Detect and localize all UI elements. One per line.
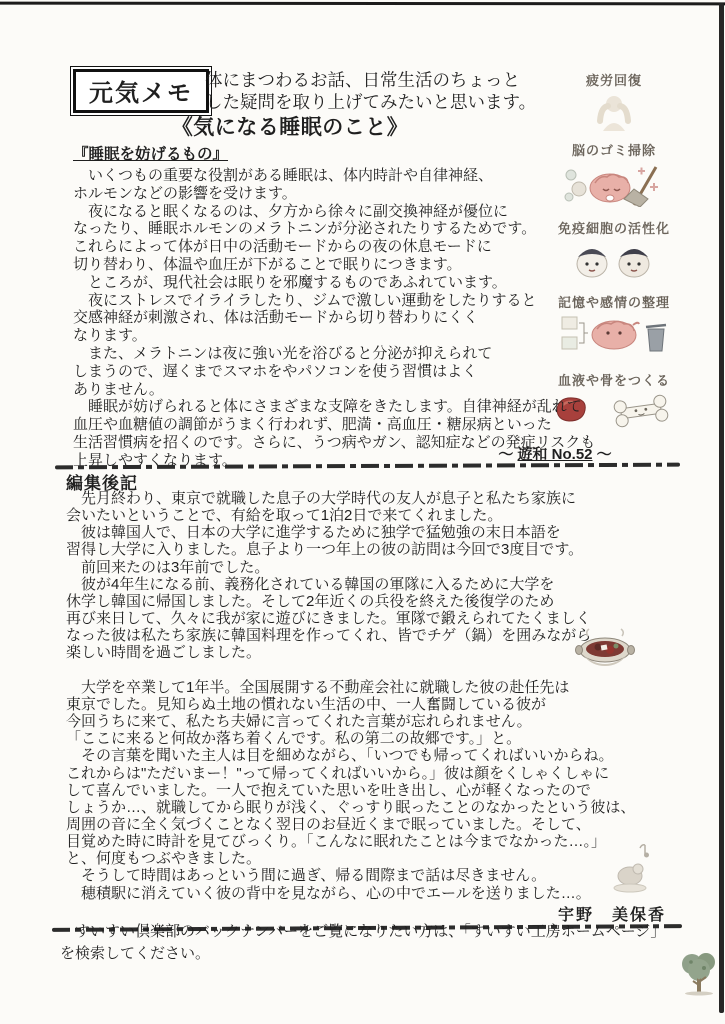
text-line: しまうので、遅くまでスマホをやパソコンを使う習慣はよく: [73, 363, 595, 381]
text-line: ありません。: [73, 381, 595, 399]
text-line: ところが、現代社会は眠りを邪魔するものであふれています。: [73, 274, 595, 292]
text-line: 目覚めた時に時計を見てびっくり。「こんなに眠れたことは今までなかった…。」: [66, 833, 635, 850]
scan-edge-top: [0, 2, 725, 6]
text-line: 楽しい時間を過ごしました。: [66, 644, 635, 661]
text-line: 会いたいということで、有給を取って1泊2日で来てくれました。: [66, 507, 635, 524]
text-line: いくつもの重要な役割がある睡眠は、体内時計や自律神経、: [73, 167, 595, 185]
text-line: 前回来たのは3年前でした。: [66, 559, 635, 576]
text-line: して喜んでいました。一人で抱えていた思いを吐き出し、心が軽くなったので: [66, 782, 635, 799]
text-line: 「ここに来ると何故か落ち着くんです。私の第二の故郷です。」と。: [66, 730, 635, 747]
text-line: その言葉を聞いた主人は目を細めながら、「いつでも帰ってくればいいからね。: [66, 747, 635, 764]
sleep-article: 『睡眠を妨げるもの』 いくつもの重要な役割がある睡眠は、体内時計や自律神経、ホル…: [73, 142, 595, 470]
text-line: 習得し大学に入りました。息子より一つ年上の彼の訪問は今回で3度目です。: [66, 541, 635, 558]
text-line: 休学し韓国に帰国しました。そして2年近くの兵役を終えた後復学のため: [66, 593, 635, 610]
bird-with-note-icon: [610, 842, 654, 901]
intro-line-1: 体にまつわるお話、日常生活のちょっと: [205, 69, 536, 91]
issue-number: 遊和 No.52: [517, 446, 592, 463]
text-line: [66, 662, 635, 679]
text-line: しょうか…、就職してから眠りが浅く、ぐっすり眠ったことのなかったという彼は、: [66, 799, 635, 816]
text-line: また、メラトニンは夜に強い光を浴びると分泌が抑えられて: [73, 345, 595, 363]
text-line: 交感神経が刺激され、体は活動モードから切り替わりにくく: [73, 309, 595, 327]
footer-line-1: すいすい倶楽部のバックナンバーをご覧になりたい方は、「すいすい工房ホームページ」: [60, 921, 665, 943]
text-line: 大学を卒業して1年半。全国展開する不動産会社に就職した彼の赴任先は: [66, 679, 635, 696]
intro-line-2: した疑問を取り上げてみたいと思います。: [205, 91, 536, 113]
tree-icon: [679, 948, 719, 1001]
hotpot-icon: [574, 628, 636, 681]
fatigue-recovery-icon: [523, 91, 705, 136]
text-line: 再び来日して、久々に我が家に遊びにきました。軍隊で鍛えられてたくましく: [66, 610, 635, 627]
issue-label: ～ 遊和 No.52 ～: [430, 443, 680, 464]
text-line: 先月終わり、東京で就職した息子の大学時代の友人が息子と私たち家族に: [66, 490, 635, 507]
issue-prefix: ～: [498, 446, 517, 463]
text-line: これらによって体が日中の活動モードからの夜の休息モードに: [73, 238, 595, 256]
text-line: ホルモンなどの影響を受けます。: [73, 185, 595, 203]
text-line: と、何度もつぶやきました。: [66, 850, 635, 867]
text-line: なったり、睡眠ホルモンのメラトニンが分泌されたりするためです。: [73, 220, 595, 238]
postscript-body: 先月終わり、東京で就職した息子の大学時代の友人が息子と私たち家族に会いたいという…: [66, 490, 635, 902]
text-line: 穂積駅に消えていく彼の背中を見ながら、心の中でエールを送りました…。: [66, 885, 635, 902]
memo-title: 元気メモ: [73, 69, 209, 113]
text-line: なった彼は私たち家族に韓国料理を作ってくれ、皆でチゲ（鍋）を囲みながら: [66, 627, 635, 644]
issue-suffix: ～: [593, 446, 612, 463]
intro-text: 体にまつわるお話、日常生活のちょっと した疑問を取り上げてみたいと思います。: [205, 69, 536, 113]
benefit-fatigue-recovery: 疲労回復: [523, 70, 705, 136]
article-heading: 《気になる睡眠のこと》: [60, 111, 520, 141]
article-body: いくつもの重要な役割がある睡眠は、体内時計や自律神経、ホルモンなどの影響を受けま…: [73, 167, 595, 470]
text-line: なります。: [73, 327, 595, 345]
newsletter-page: 元気メモ 体にまつわるお話、日常生活のちょっと した疑問を取り上げてみたいと思い…: [0, 0, 725, 1024]
text-line: 今回うちに来て、私たち夫婦に言ってくれた言葉が忘れられません。: [66, 713, 635, 730]
text-line: 切り替わり、体温や血圧が下がることで眠りにつきます。: [73, 256, 595, 274]
text-line: 彼は韓国人で、日本の大学に進学するために独学で猛勉強の末日本語を: [66, 524, 635, 541]
benefit-label: 疲労回復: [523, 70, 705, 89]
footer-line-2: を検索してください。: [60, 943, 665, 965]
article-subtitle: 『睡眠を妨げるもの』: [73, 142, 595, 164]
text-line: 睡眠が妨げられると体にさまざまな支障をきたします。自律神経が乱れて: [73, 398, 595, 416]
scan-edge-right: [719, 3, 724, 1013]
text-line: 血圧や血糖値の調節がうまく行われず、肥満・高血圧・糖尿病といった: [73, 416, 595, 434]
text-line: 夜になると眠くなるのは、夕方から徐々に副交換神経が優位に: [73, 203, 595, 221]
text-line: 彼が4年生になる前、義務化されている韓国の軍隊に入るために大学を: [66, 576, 635, 593]
text-line: 夜にストレスでイライラしたり、ジムで激しい運動をしたりすると: [73, 292, 595, 310]
footer-note: すいすい倶楽部のバックナンバーをご覧になりたい方は、「すいすい工房ホームページ」…: [60, 921, 665, 965]
text-line: そうして時間はあっという間に過ぎ、帰る間際まで話は尽きません。: [66, 867, 635, 884]
memo-title-box: 元気メモ: [70, 66, 212, 116]
text-line: これからは"ただいまー！"って帰ってくればいいから。」彼は顔をくしゃくしゃに: [66, 765, 635, 782]
text-line: 東京でした。見知らぬ土地の慣れない生活の中、一人奮闘している彼が: [66, 696, 635, 713]
text-line: 周囲の音に全く気づくことなく翌日のお昼近くまで眠っていました。そして、: [66, 816, 635, 833]
